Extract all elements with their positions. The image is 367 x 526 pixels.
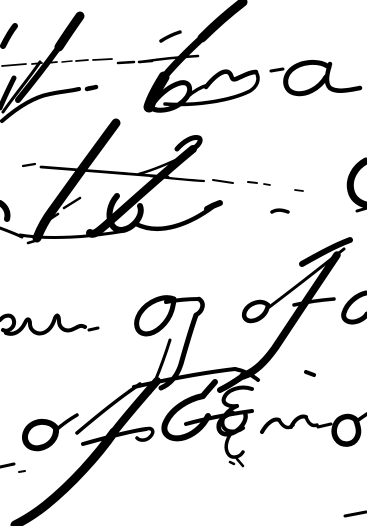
dash-bottom-right [345, 512, 366, 516]
word-for [140, 2, 258, 110]
cut-letter-line2-right [350, 161, 367, 211]
word-of-large [15, 381, 157, 525]
dot-line3 [306, 372, 314, 375]
dash-line3-top [28, 240, 38, 243]
cut-letter-line2-left [0, 203, 22, 237]
word-liquo [164, 382, 367, 466]
dash-after-for [271, 69, 283, 71]
cut-letter-ll [0, 16, 96, 121]
dash-line4-left [0, 464, 25, 472]
handwriting-ink [0, 0, 367, 526]
guide-dots-row-1 [2, 59, 152, 66]
word-a [286, 62, 360, 93]
word-nn [0, 316, 98, 334]
period-dash-line2 [272, 210, 288, 212]
word-l-small [344, 293, 367, 322]
word-of-small [220, 240, 350, 390]
manuscript-page: ll . for a th . nn oz of l of Liquo Scan… [0, 0, 367, 526]
